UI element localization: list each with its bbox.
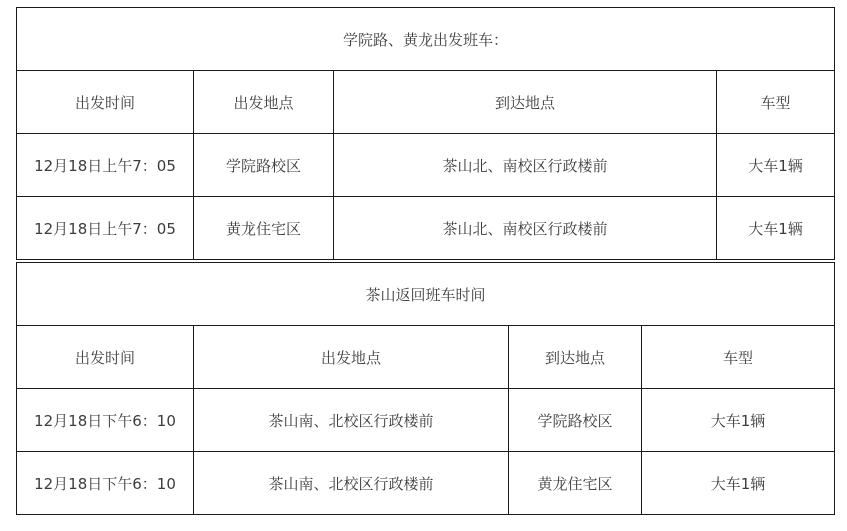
departure-header-row: 出发时间 出发地点 到达地点 车型 — [17, 71, 835, 134]
cell-arrival-place: 茶山北、南校区行政楼前 — [334, 197, 717, 260]
header-arrival-place: 到达地点 — [334, 71, 717, 134]
table-row: 12月18日下午6：10 茶山南、北校区行政楼前 黄龙住宅区 大车1辆 — [17, 452, 835, 515]
return-schedule-table: 茶山返回班车时间 出发时间 出发地点 到达地点 车型 12月18日下午6：10 … — [16, 262, 835, 515]
header-departure-time: 出发时间 — [17, 71, 194, 134]
return-header-row: 出发时间 出发地点 到达地点 车型 — [17, 326, 835, 389]
table-row: 12月18日上午7：05 黄龙住宅区 茶山北、南校区行政楼前 大车1辆 — [17, 197, 835, 260]
cell-vehicle-type: 大车1辆 — [717, 197, 835, 260]
departure-schedule-table: 学院路、黄龙出发班车： 出发时间 出发地点 到达地点 车型 12月18日上午7：… — [16, 7, 835, 260]
cell-departure-time: 12月18日下午6：10 — [17, 452, 194, 515]
table-row: 12月18日下午6：10 茶山南、北校区行政楼前 学院路校区 大车1辆 — [17, 389, 835, 452]
cell-vehicle-type: 大车1辆 — [642, 452, 835, 515]
header-departure-time: 出发时间 — [17, 326, 194, 389]
header-vehicle-type: 车型 — [717, 71, 835, 134]
table-row: 12月18日上午7：05 学院路校区 茶山北、南校区行政楼前 大车1辆 — [17, 134, 835, 197]
cell-vehicle-type: 大车1辆 — [642, 389, 835, 452]
return-table-title: 茶山返回班车时间 — [17, 263, 835, 326]
cell-departure-place: 黄龙住宅区 — [194, 197, 334, 260]
departure-table-title: 学院路、黄龙出发班车： — [17, 8, 835, 71]
header-departure-place: 出发地点 — [194, 71, 334, 134]
cell-departure-time: 12月18日上午7：05 — [17, 197, 194, 260]
cropped-header-text — [55, 0, 415, 2]
header-vehicle-type: 车型 — [642, 326, 835, 389]
cell-departure-place: 茶山南、北校区行政楼前 — [194, 452, 509, 515]
cell-vehicle-type: 大车1辆 — [717, 134, 835, 197]
cell-departure-time: 12月18日上午7：05 — [17, 134, 194, 197]
header-departure-place: 出发地点 — [194, 326, 509, 389]
cell-arrival-place: 黄龙住宅区 — [509, 452, 642, 515]
cell-departure-time: 12月18日下午6：10 — [17, 389, 194, 452]
cell-departure-place: 学院路校区 — [194, 134, 334, 197]
cell-arrival-place: 学院路校区 — [509, 389, 642, 452]
cell-departure-place: 茶山南、北校区行政楼前 — [194, 389, 509, 452]
cell-arrival-place: 茶山北、南校区行政楼前 — [334, 134, 717, 197]
header-arrival-place: 到达地点 — [509, 326, 642, 389]
